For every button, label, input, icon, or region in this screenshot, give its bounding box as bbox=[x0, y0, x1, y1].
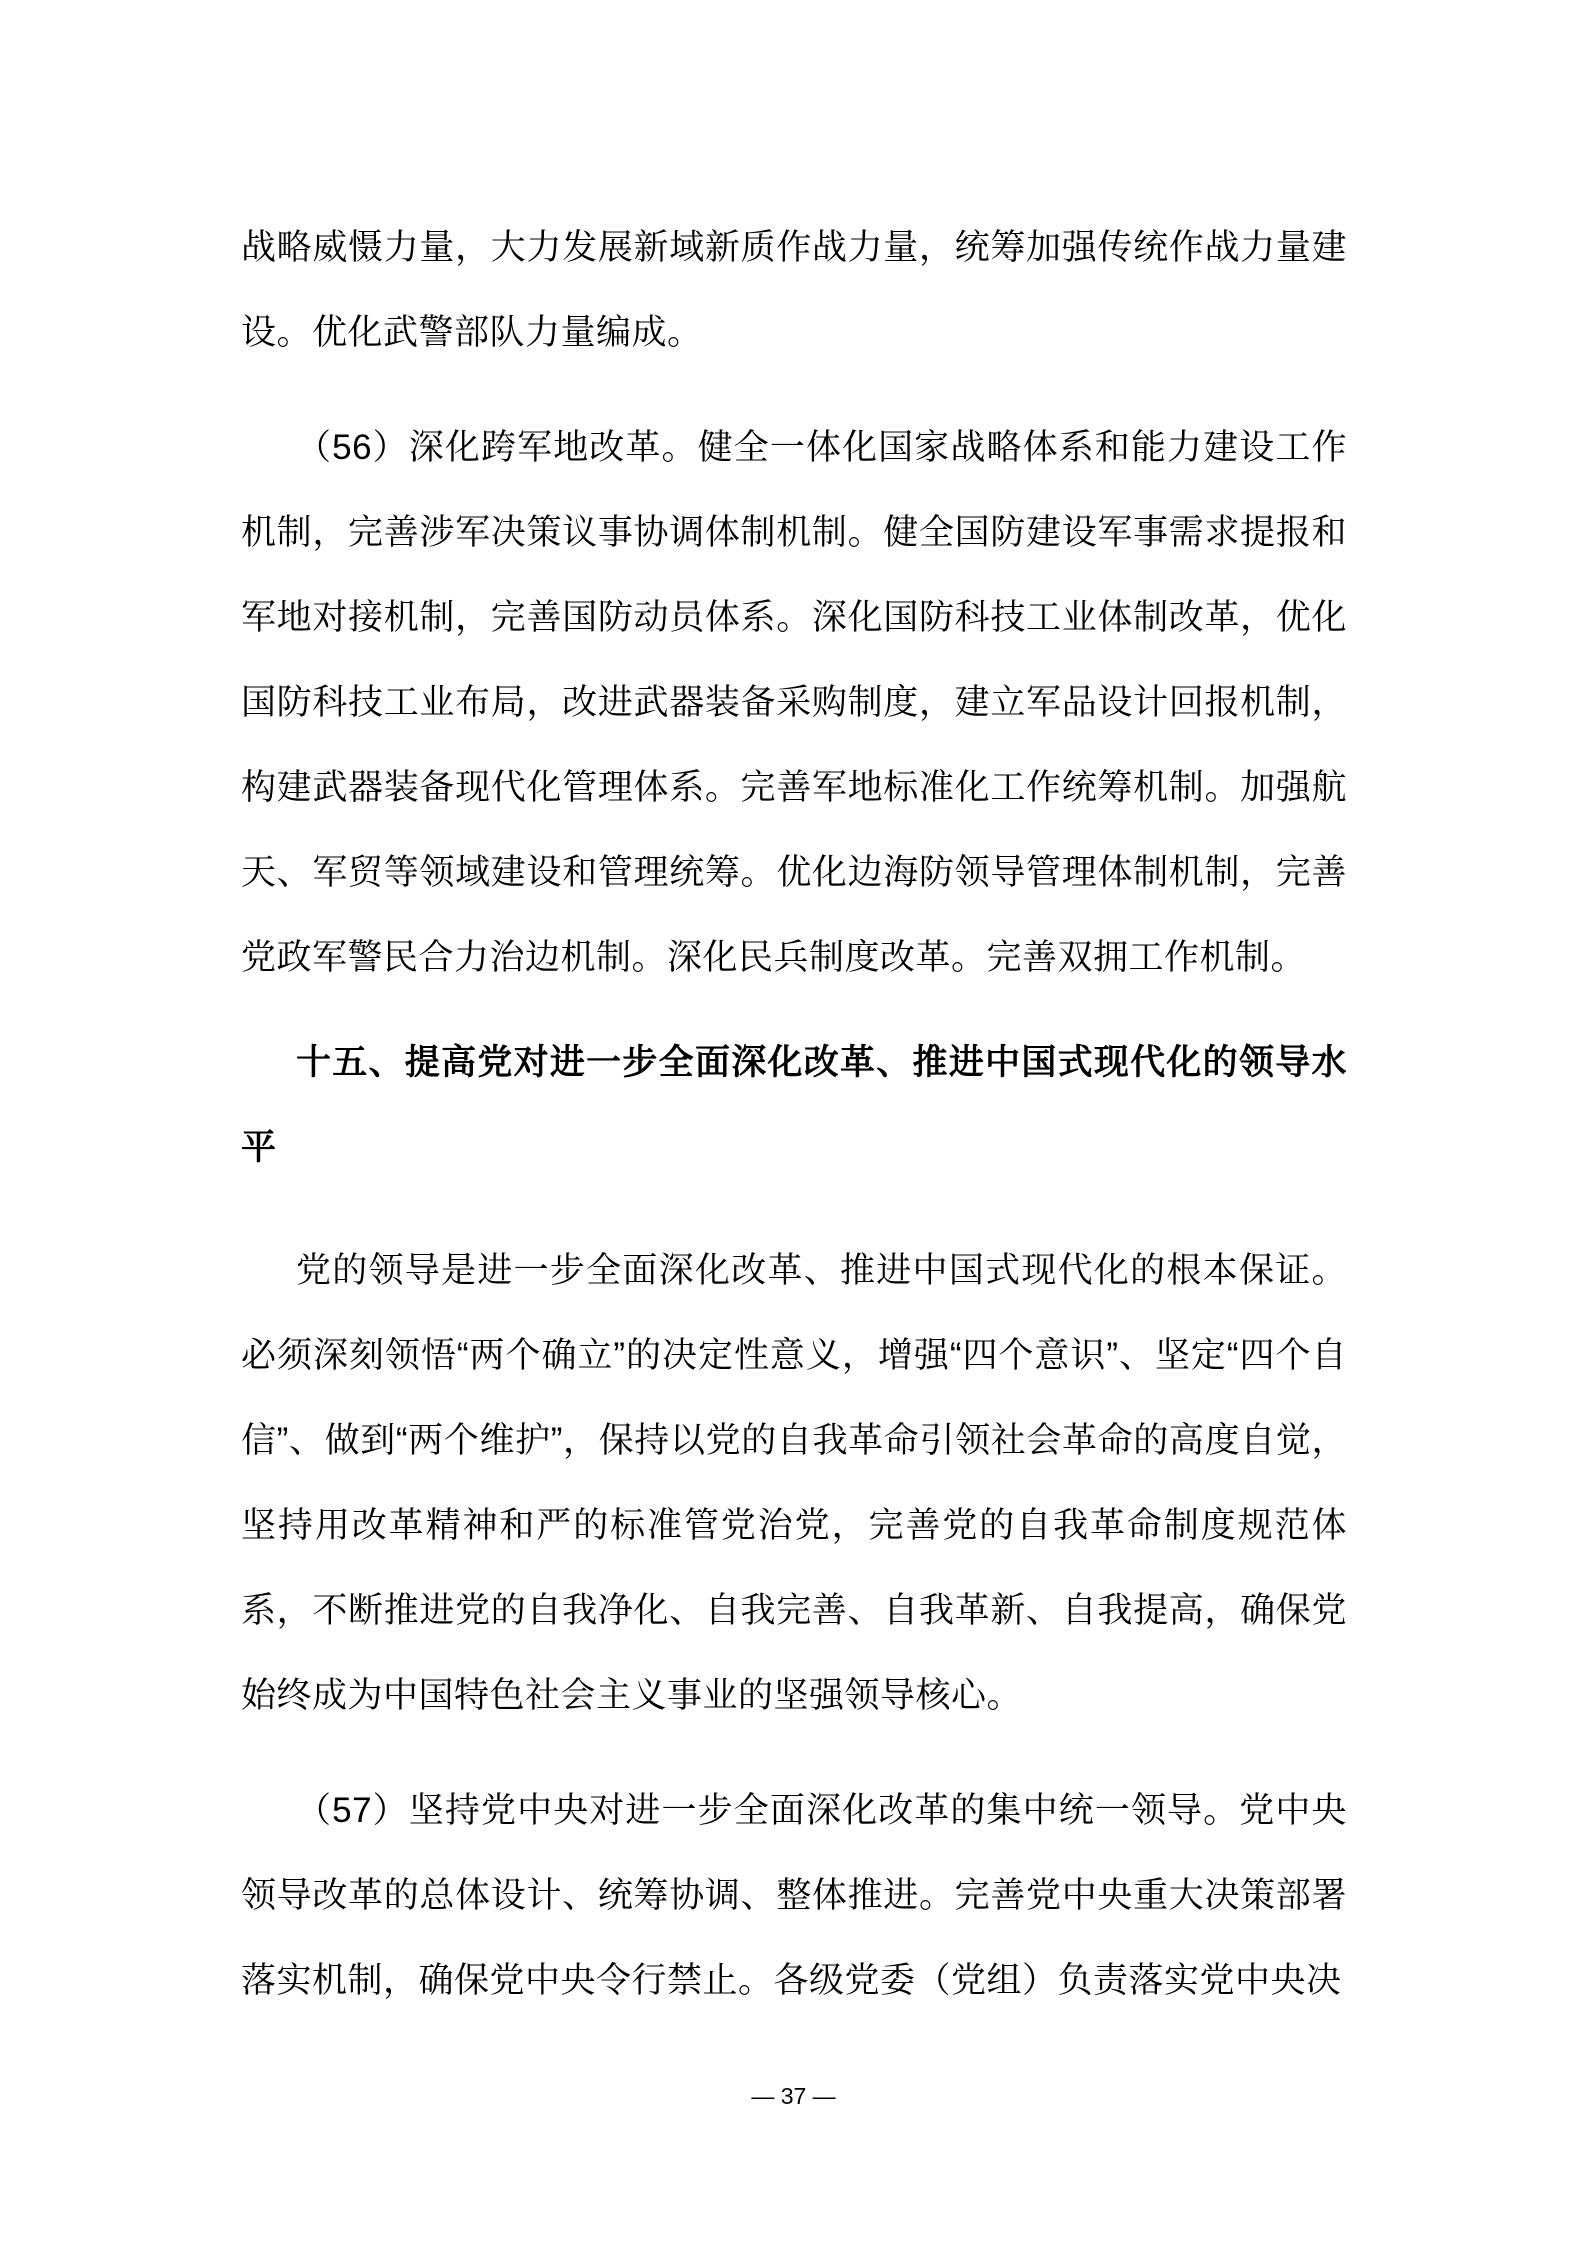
body-paragraph: 战略威慑力量，大力发展新域新质作战力量，统筹加强传统作战力量建设。优化武警部队力… bbox=[241, 205, 1347, 375]
page-number: — 37 — bbox=[751, 2083, 835, 2109]
page-content: 战略威慑力量，大力发展新域新质作战力量，统筹加强传统作战力量建设。优化武警部队力… bbox=[241, 205, 1347, 2023]
page-footer: — 37 — bbox=[0, 2082, 1587, 2110]
section-heading: 十五、提高党对进一步全面深化改革、推进中国式现代化的领导水平 bbox=[241, 1020, 1347, 1190]
document-page: 战略威慑力量，大力发展新域新质作战力量，统筹加强传统作战力量建设。优化武警部队力… bbox=[0, 0, 1587, 2245]
body-paragraph: （57）坚持党中央对进一步全面深化改革的集中统一领导。党中央领导改革的总体设计、… bbox=[241, 1768, 1347, 2023]
body-paragraph: （56）深化跨军地改革。健全一体化国家战略体系和能力建设工作机制，完善涉军决策议… bbox=[241, 405, 1347, 1000]
body-paragraph: 党的领导是进一步全面深化改革、推进中国式现代化的根本保证。必须深刻领悟“两个确立… bbox=[241, 1228, 1347, 1738]
